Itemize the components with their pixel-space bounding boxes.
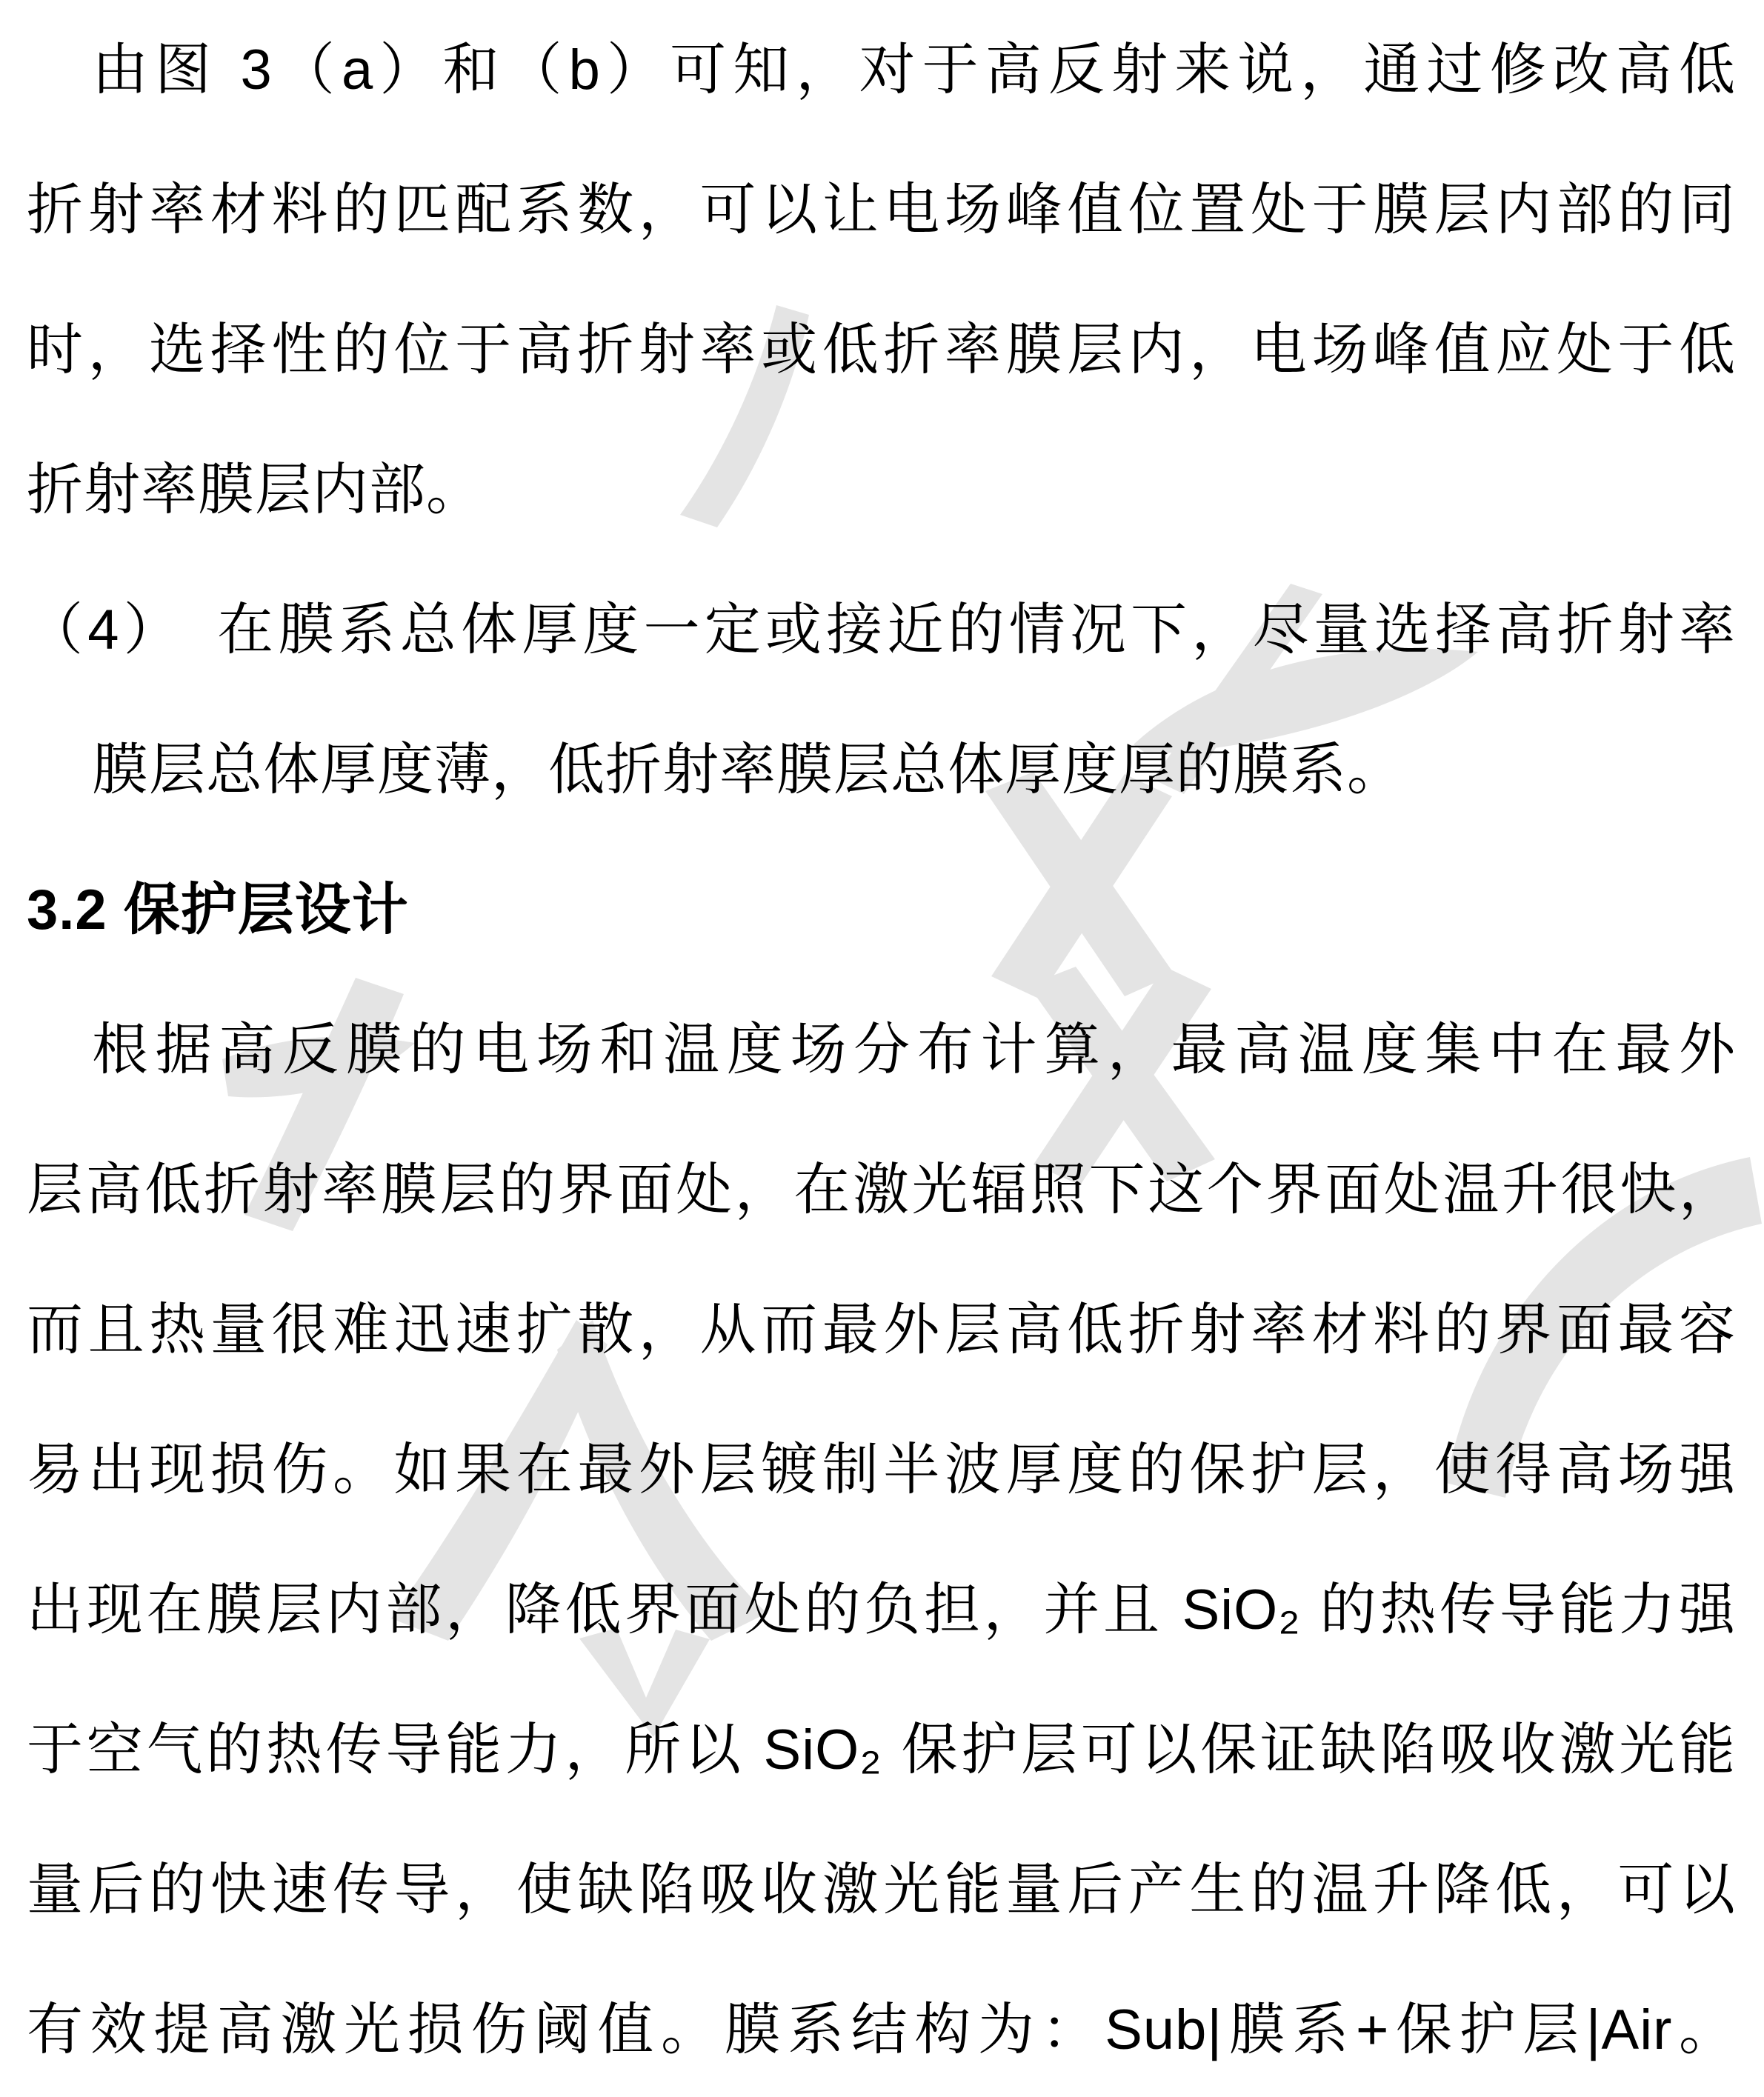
paragraph2-line5: 出现在膜层内部，降低界面处的负担，并且 SiO₂ 的热传导能力强 — [27, 1540, 1736, 1680]
paragraph1-line3: 时，选择性的位于高折射率或低折率膜层内，电场峰值应处于低 — [27, 280, 1736, 420]
paragraph2-line8: 有效提高激光损伤阈值。膜系结构为：Sub|膜系+保护层|Air。 — [27, 1960, 1736, 2097]
paragraph2-line3: 而且热量很难迅速扩散，从而最外层高低折射率材料的界面最容 — [27, 1260, 1736, 1400]
paragraph1-line2: 折射率材料的匹配系数，可以让电场峰值位置处于膜层内部的同 — [27, 140, 1736, 280]
paragraph1-line4: 折射率膜层内部。 — [27, 420, 1736, 560]
paragraph2-line2: 层高低折射率膜层的界面处，在激光辐照下这个界面处温升很快， — [27, 1120, 1736, 1260]
document-page: 由图 3（a）和（b）可知，对于高反射来说，通过修改高低 折射率材料的匹配系数，… — [0, 0, 1764, 2097]
paragraph2-line1: 根据高反膜的电场和温度场分布计算，最高温度集中在最外 — [27, 980, 1736, 1120]
paragraph2-line7: 量后的快速传导，使缺陷吸收激光能量后产生的温升降低，可以 — [27, 1820, 1736, 1960]
section-heading: 3.2 保护层设计 — [27, 840, 1736, 980]
text-block: 由图 3（a）和（b）可知，对于高反射来说，通过修改高低 折射率材料的匹配系数，… — [27, 0, 1736, 2097]
paragraph1-line1: 由图 3（a）和（b）可知，对于高反射来说，通过修改高低 — [27, 0, 1736, 140]
item4-line1: （4） 在膜系总体厚度一定或接近的情况下，尽量选择高折射率 — [27, 560, 1736, 700]
paragraph2-line6: 于空气的热传导能力，所以 SiO₂ 保护层可以保证缺陷吸收激光能 — [27, 1680, 1736, 1820]
paragraph2-line4: 易出现损伤。如果在最外层镀制半波厚度的保护层，使得高场强 — [27, 1400, 1736, 1540]
item4-line2: 膜层总体厚度薄，低折射率膜层总体厚度厚的膜系。 — [27, 700, 1736, 840]
